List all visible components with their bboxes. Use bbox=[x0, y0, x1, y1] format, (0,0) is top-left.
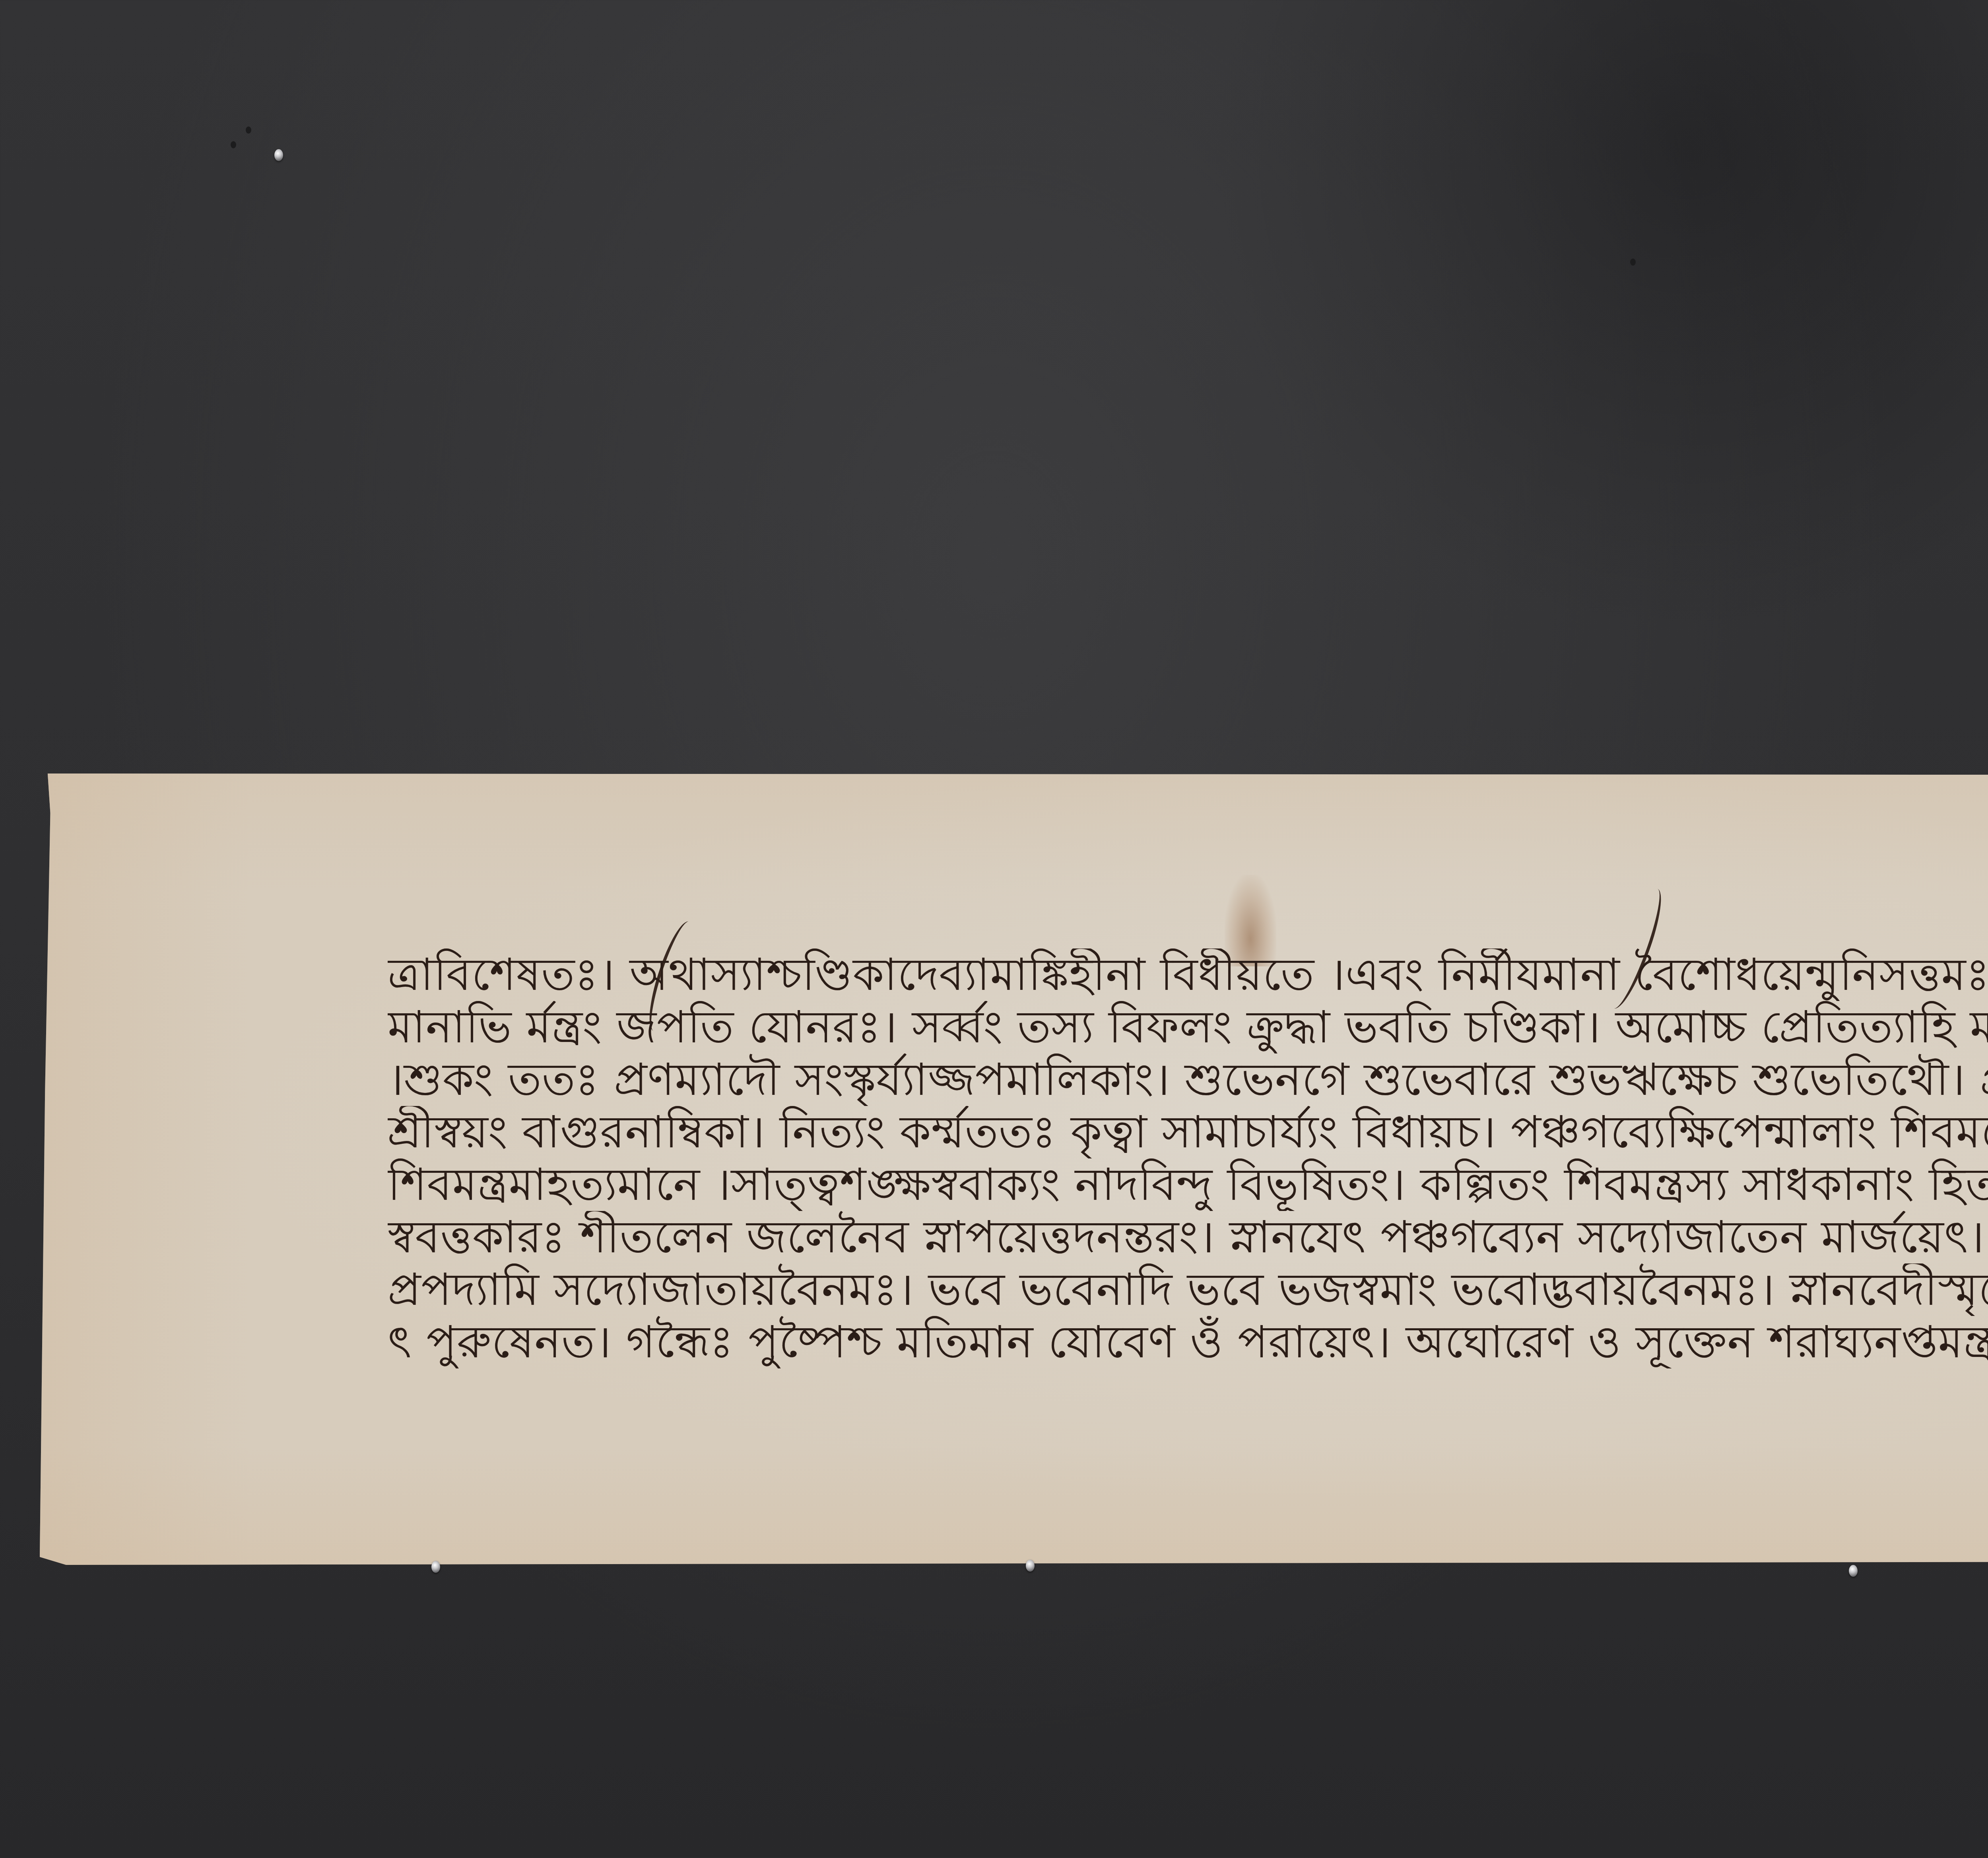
text-line-4: শ্রীস্বয়ং বাগুরনাম্বিকা। নিত্যং কর্ম্মত… bbox=[388, 1106, 1988, 1158]
mount-pin bbox=[1849, 1565, 1858, 1577]
text-line-6: স্ববত্তকারঃ শীতলেন জলেনৈব স্নাপয়েত্তদনন… bbox=[388, 1211, 1988, 1263]
text-line-3: ।শুকং ততঃ প্রণম্যাদৌ সংস্কৃর্য্যাজ্জপমাল… bbox=[388, 1053, 1988, 1106]
manuscript-text: ত্রাবিশেষতঃ। অথাস্যাশ্চণ্ডিকাদেব্যামাঙ্ক… bbox=[388, 948, 1988, 1368]
pin-hole bbox=[1630, 258, 1636, 266]
text-line-8: ৎ পুরুষেনত। গন্ধৈঃ পুষ্পৈশ্চ মতিমান যোবে… bbox=[388, 1316, 1988, 1368]
pin-hole bbox=[231, 141, 236, 148]
text-line-1: ত্রাবিশেষতঃ। অথাস্যাশ্চণ্ডিকাদেব্যামাঙ্ক… bbox=[388, 948, 1988, 1001]
pin-hole bbox=[246, 126, 251, 134]
text-line-7: প্রপদ্যামি সদ্যোজাতায়বৈনমঃ। ভবে ভবেনাদি… bbox=[388, 1263, 1988, 1316]
mount-pin bbox=[1026, 1560, 1035, 1572]
mount-pin bbox=[274, 149, 283, 161]
text-line-5: শিবমন্ত্রমাহত্যমানে ।সাত্ত্বশঙ্ক্ষস্ববাক… bbox=[388, 1158, 1988, 1211]
text-line-2: মানাভি র্মন্ত্রং জপতি যোনরঃ। সর্ব্বং তস্… bbox=[388, 1001, 1988, 1053]
mount-pin bbox=[431, 1561, 440, 1573]
